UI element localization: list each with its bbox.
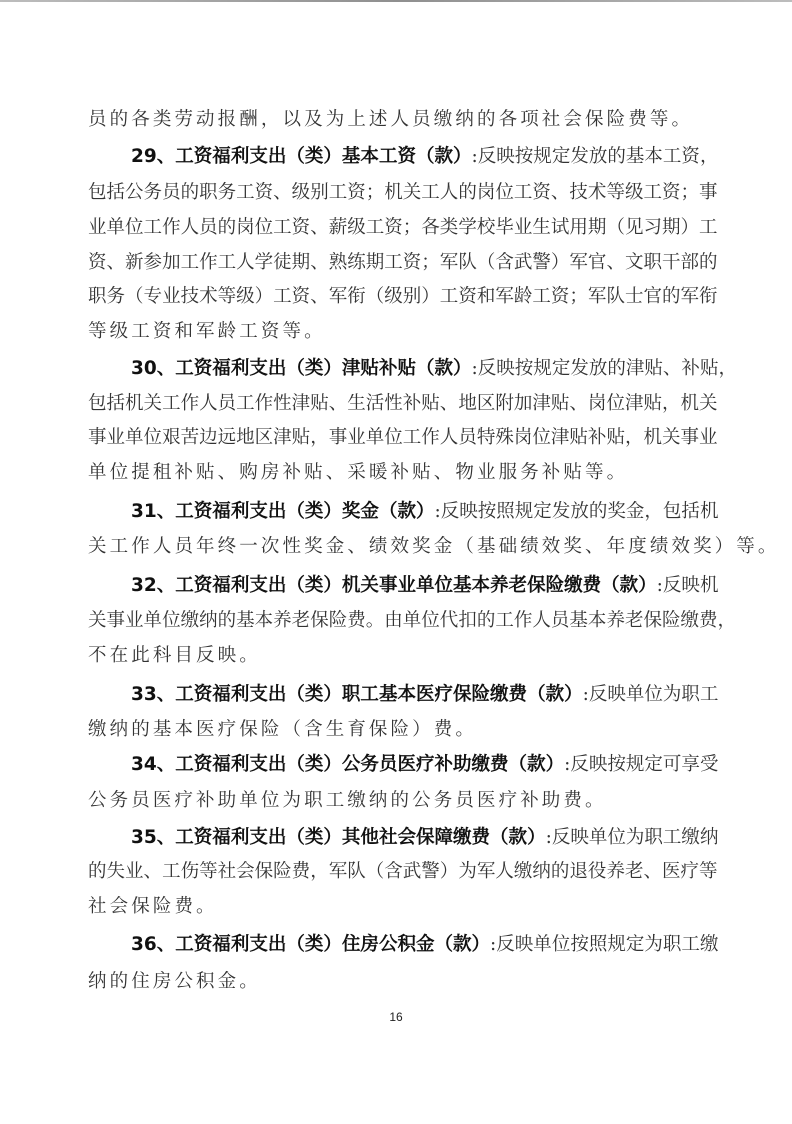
body-char: 的 [699, 251, 718, 275]
body-char: 房 [153, 970, 172, 994]
body-char: 按 [515, 357, 534, 381]
body-char: 关 [88, 535, 107, 559]
body-char: 、 [218, 461, 237, 485]
heading-char: 款 [397, 500, 416, 524]
paragraph-heading-line: 33、工资福利支出（类）职工基本医疗保险缴费（款）:反映单位为职工 [131, 683, 700, 707]
body-char: 龄 [514, 285, 533, 309]
body-char: ； [366, 181, 385, 205]
body-char: 金 [626, 500, 645, 524]
heading-char: 1 [144, 500, 157, 524]
body-char: 、 [310, 216, 329, 240]
heading-char: ） [323, 933, 342, 957]
body-char: 映 [496, 145, 515, 169]
body-char: 险 [607, 108, 626, 132]
heading-char: 类 [305, 574, 324, 598]
heading-char: 、 [157, 933, 176, 957]
body-char: 发 [570, 145, 589, 169]
body-char: 包 [88, 392, 107, 416]
body-char: 等 [199, 860, 218, 884]
heading-char: 老 [509, 574, 528, 598]
heading-char: 支 [249, 145, 268, 169]
body-char: 绩 [520, 535, 539, 559]
body-char: 采 [347, 461, 366, 485]
body-char: 职 [304, 789, 323, 813]
body-char: 放 [570, 500, 589, 524]
body-char: 目 [174, 644, 193, 668]
heading-char: 支 [249, 683, 268, 707]
body-char: 职 [663, 933, 682, 957]
heading-char: 缴 [453, 826, 472, 850]
body-char: 人 [495, 860, 514, 884]
body-char: 等 [88, 320, 107, 344]
body-char: 员 [199, 216, 218, 240]
body-char: 由 [384, 609, 403, 633]
heading-char: 奖 [342, 500, 361, 524]
heading-char: 关 [360, 574, 379, 598]
paragraph-heading-line: 30、工资福利支出（类）津贴补贴（款）:反映按规定发放的津贴、补贴， [131, 357, 700, 381]
body-char: 在 [110, 644, 129, 668]
heading-char: 资 [194, 826, 213, 850]
heading-char: 福 [212, 826, 231, 850]
body-char: 工 [699, 216, 718, 240]
body-char: 资 [532, 181, 551, 205]
body-char: 疗 [218, 718, 237, 742]
body-char: 工 [144, 216, 163, 240]
body-char: 纳 [88, 970, 107, 994]
heading-char: 类 [305, 683, 324, 707]
body-char: 熟 [329, 251, 348, 275]
body-char: ； [421, 251, 440, 275]
body-char: 学 [255, 251, 274, 275]
body-char: 保 [643, 609, 662, 633]
body-char: 为 [282, 789, 301, 813]
body-char: 补 [403, 392, 422, 416]
heading-char: 9 [144, 145, 157, 169]
body-char: 单 [626, 683, 645, 707]
body-char: （ [282, 718, 301, 742]
heading-char: 、 [157, 683, 176, 707]
heading-char: （ [286, 826, 305, 850]
heading-char: ） [323, 683, 342, 707]
body-char: 补 [174, 461, 193, 485]
heading-char: 费 [472, 826, 491, 850]
heading-char: 出 [268, 574, 287, 598]
body-char: 远 [218, 426, 237, 450]
body-char: 期 [662, 216, 681, 240]
body-char: 位 [110, 461, 129, 485]
body-char: 会 [236, 860, 255, 884]
body-char: 资 [261, 320, 280, 344]
body-char: 位 [532, 426, 551, 450]
heading-char: 、 [157, 145, 176, 169]
heading-char: 公 [342, 753, 361, 777]
heading-char: 缴 [472, 753, 491, 777]
body-char: 艰 [162, 426, 181, 450]
heading-char: 利 [231, 753, 250, 777]
heading-char: 资 [194, 753, 213, 777]
heading-char: 保 [453, 683, 472, 707]
body-char: 级 [110, 320, 129, 344]
heading-char: 支 [249, 500, 268, 524]
body-char: 警 [532, 251, 551, 275]
body-char: 资 [384, 216, 403, 240]
body-char: 缴 [681, 826, 700, 850]
body-char: 工 [366, 216, 385, 240]
body-char: 年 [607, 535, 626, 559]
body-char: 官 [643, 285, 662, 309]
heading-char: 积 [397, 933, 416, 957]
paragraph-heading-line: 35、工资福利支出（类）其他社会保障缴费（款）:反映单位为职工缴纳 [131, 826, 700, 850]
body-char: 津 [292, 392, 311, 416]
body-char: 贴 [292, 426, 311, 450]
body-char: 人 [199, 392, 218, 416]
body-char: 单 [88, 461, 107, 485]
heading-char: 工 [175, 683, 194, 707]
body-char: 定 [626, 933, 645, 957]
body-char: 缴 [347, 789, 366, 813]
body-char: 役 [588, 860, 607, 884]
body-char: 定 [552, 357, 571, 381]
body-char: 上 [347, 108, 366, 132]
body-char: 疗 [499, 789, 518, 813]
paragraph-line: 包括公务员的职务工资、级别工资；机关工人的岗位工资、技术等级工资；事 [88, 181, 700, 205]
body-char: 补 [588, 426, 607, 450]
body-char: 缴 [181, 609, 200, 633]
heading-char: 工 [175, 933, 194, 957]
body-char: 一 [239, 535, 258, 559]
body-char: 及 [304, 108, 323, 132]
body-char: 助 [542, 789, 561, 813]
body-char: 工 [421, 181, 440, 205]
heading-char: 、 [157, 574, 176, 598]
body-char: 发 [552, 500, 571, 524]
body-char: 练 [347, 251, 366, 275]
body-char: 照 [496, 500, 515, 524]
body-char: 。 [196, 895, 215, 919]
body-char: 为 [626, 826, 645, 850]
body-char: 金 [326, 535, 345, 559]
body-char: 衔 [347, 285, 366, 309]
body-char: 育 [347, 718, 366, 742]
body-char: 工 [700, 683, 719, 707]
heading-char: 资 [194, 500, 213, 524]
heading-char: 3 [131, 826, 144, 850]
paragraph-line: 社会保险费。 [88, 895, 700, 919]
body-char: 资 [551, 285, 570, 309]
body-char: 的 [477, 609, 496, 633]
body-char: 效 [542, 535, 561, 559]
body-char: 等 [699, 860, 718, 884]
paragraph-line: 公务员医疗补助单位为职工缴纳的公务员医疗补助费。 [88, 789, 700, 813]
paragraph-line: 单位提租补贴、购房补贴、采暖补贴、物业服务补贴等。 [88, 461, 700, 485]
heading-char: 资 [194, 683, 213, 707]
heading-char: 5 [144, 826, 157, 850]
body-char: 科 [153, 644, 172, 668]
body-char: 、 [310, 285, 329, 309]
body-char: 位 [162, 609, 181, 633]
body-char: 员 [88, 108, 107, 132]
body-char: 的 [391, 789, 410, 813]
heading-char: 出 [268, 683, 287, 707]
body-char: 位 [495, 181, 514, 205]
body-char: 住 [131, 970, 150, 994]
body-char: 各 [499, 108, 518, 132]
heading-char: 工 [360, 683, 379, 707]
body-char: 生 [347, 392, 366, 416]
paragraph-heading-line: 36、工资福利支出（类）住房公积金（款）:反映单位按照规定为职工缴 [131, 933, 700, 957]
body-char: 、 [107, 251, 126, 275]
body-char: 奖 [412, 535, 431, 559]
body-char: 员 [174, 535, 193, 559]
body-char: 位 [255, 216, 274, 240]
body-char: 边 [199, 426, 218, 450]
body-char: 映 [218, 644, 237, 668]
body-char: 队 [606, 285, 625, 309]
heading-char: 出 [268, 933, 287, 957]
body-char: ， [662, 392, 681, 416]
paragraph-line: 纳的住房公积金。 [88, 970, 700, 994]
body-char: 医 [153, 789, 172, 813]
body-char: 各 [131, 108, 150, 132]
body-char: 业 [477, 461, 496, 485]
body-char: 纳 [199, 609, 218, 633]
heading-char: 员 [379, 753, 398, 777]
body-char: 暖 [369, 461, 388, 485]
heading-char: 费 [490, 753, 509, 777]
heading-char: （ [286, 574, 305, 598]
body-char: 事 [681, 426, 700, 450]
heading-char: ） [453, 357, 472, 381]
heading-char: 利 [231, 933, 250, 957]
body-char: 保 [369, 718, 388, 742]
body-char: 的 [458, 181, 477, 205]
body-char: 括 [681, 500, 700, 524]
heading-char: 资 [194, 145, 213, 169]
heading-char: 机 [342, 574, 361, 598]
body-char: 反 [570, 753, 589, 777]
body-char: 不 [88, 644, 107, 668]
body-char: 务 [144, 181, 163, 205]
heading-char: ） [323, 145, 342, 169]
body-char: 规 [626, 753, 645, 777]
body-char: 的 [110, 108, 129, 132]
body-char: 机 [700, 500, 719, 524]
body-char: 别 [403, 285, 422, 309]
body-char: 事 [329, 426, 348, 450]
body-char: 的 [477, 108, 496, 132]
body-char: 员 [455, 789, 474, 813]
heading-char: 工 [175, 500, 194, 524]
body-char: 按 [570, 933, 589, 957]
body-char: 业 [125, 860, 144, 884]
paragraph-line: 不在此科目反映。 [88, 644, 700, 668]
scan-edge [0, 0, 792, 2]
body-char: ， [625, 426, 644, 450]
body-char: 险 [261, 718, 280, 742]
body-char: 关 [662, 426, 681, 450]
body-char: 试 [551, 216, 570, 240]
body-char: 职 [88, 285, 107, 309]
heading-char: 支 [249, 933, 268, 957]
heading-char: 3 [144, 683, 157, 707]
body-char: 失 [107, 860, 126, 884]
body-char: 反 [663, 574, 682, 598]
body-char: 项 [520, 108, 539, 132]
heading-char: （ [286, 357, 305, 381]
heading-char: （ [286, 933, 305, 957]
heading-char: 福 [212, 933, 231, 957]
body-char: ， [718, 609, 737, 633]
paragraph-line: 关工作人员年终一次性奖金、绩效奖金（基础绩效奖、年度绩效奖）等。 [88, 535, 700, 559]
body-char: 的 [607, 357, 626, 381]
body-char: 津 [551, 426, 570, 450]
body-char: 括 [107, 181, 126, 205]
heading-char: 、 [157, 826, 176, 850]
body-char: 酬 [239, 108, 258, 132]
body-char: 医 [477, 789, 496, 813]
body-char: 、 [663, 357, 682, 381]
body-char: 伤 [181, 860, 200, 884]
body-char: ， [310, 860, 329, 884]
body-char: 生 [532, 216, 551, 240]
body-char: 机 [700, 574, 719, 598]
body-char: 业 [347, 426, 366, 450]
heading-char: 出 [268, 826, 287, 850]
body-char: 军 [196, 320, 215, 344]
body-char: 机 [125, 392, 144, 416]
body-char: 资 [403, 251, 422, 275]
body-char: 军 [477, 860, 496, 884]
body-char: 期 [588, 216, 607, 240]
heading-char: 养 [490, 574, 509, 598]
body-char: 险 [329, 609, 348, 633]
body-char: 工 [236, 392, 255, 416]
body-char: 可 [663, 753, 682, 777]
body-char: 金 [434, 535, 453, 559]
body-char: 见 [625, 216, 644, 240]
heading-char: 住 [342, 933, 361, 957]
heading-char: 工 [175, 145, 194, 169]
body-char: 人 [153, 535, 172, 559]
heading-char: 利 [231, 574, 250, 598]
paragraph-line: 资、新参加工作工人学徒期、熟练期工资；军队（含武警）军官、文职干部的 [88, 251, 700, 275]
body-char: （ [366, 285, 385, 309]
heading-char: 疗 [416, 753, 435, 777]
heading-char: 利 [231, 357, 250, 381]
heading-char: 本 [472, 574, 491, 598]
heading-char: 津 [342, 357, 361, 381]
body-char: 员 [458, 426, 477, 450]
paragraph-line: 职务（专业技术等级）工资、军衔（级别）工资和军龄工资；军队士官的军衔 [88, 285, 700, 309]
body-char: 反 [478, 357, 497, 381]
body-char: 员 [412, 108, 431, 132]
body-char: 服 [499, 461, 518, 485]
body-char: 资 [458, 285, 477, 309]
heading-char: 会 [397, 826, 416, 850]
body-char: 资 [292, 216, 311, 240]
heading-char: 福 [212, 683, 231, 707]
body-char: 工 [532, 285, 551, 309]
body-char: 、 [347, 535, 366, 559]
body-char: 工 [440, 285, 459, 309]
body-char: 的 [218, 609, 237, 633]
body-char: 补 [520, 789, 539, 813]
body-char: 金 [218, 970, 237, 994]
body-char: 贴 [310, 392, 329, 416]
body-char: 衔 [699, 285, 718, 309]
paragraph-line: 事业单位艰苦边远地区津贴，事业单位工作人员特殊岗位津贴补贴，机关事业 [88, 426, 700, 450]
body-char: 工 [236, 181, 255, 205]
heading-char: 障 [434, 826, 453, 850]
heading-char: 支 [249, 357, 268, 381]
body-char: 人 [236, 251, 255, 275]
body-char: 险 [273, 860, 292, 884]
heading-char: 医 [397, 753, 416, 777]
body-char: 工 [643, 181, 662, 205]
body-char: 医 [662, 860, 681, 884]
body-char: 本 [255, 609, 274, 633]
body-char: 新 [125, 251, 144, 275]
heading-char: （ [509, 753, 528, 777]
body-char: 费 [434, 718, 453, 742]
body-char: 贴 [412, 461, 431, 485]
body-char: 学 [458, 216, 477, 240]
heading-char: 3 [131, 500, 144, 524]
body-char: 缴 [514, 860, 533, 884]
body-char: 退 [569, 860, 588, 884]
heading-char: 福 [212, 574, 231, 598]
body-char: 单 [107, 216, 126, 240]
body-char: 作 [199, 251, 218, 275]
heading-char: 本 [360, 145, 379, 169]
heading-char: ） [323, 500, 342, 524]
body-char: 险 [391, 718, 410, 742]
body-char: 本 [174, 718, 193, 742]
body-char: 岗 [236, 216, 255, 240]
body-char: 性 [282, 535, 301, 559]
body-char: 作 [181, 392, 200, 416]
body-char: 人 [532, 609, 551, 633]
body-char: 关 [88, 609, 107, 633]
body-char: 的 [589, 500, 608, 524]
body-char: ） [440, 860, 459, 884]
heading-char: 3 [131, 933, 144, 957]
heading-char: （ [416, 145, 435, 169]
body-char: 的 [607, 145, 626, 169]
body-char: 定 [644, 753, 663, 777]
heading-char: 支 [249, 826, 268, 850]
body-char: 业 [107, 426, 126, 450]
body-char: 人 [440, 181, 459, 205]
body-char: 映 [570, 826, 589, 850]
body-char: 等 [606, 181, 625, 205]
paragraph-line: 等级工资和军龄工资等。 [88, 320, 700, 344]
paragraph-heading-line: 29、工资福利支出（类）基本工资（款）:反映按规定发放的基本工资， [131, 145, 700, 169]
body-char: 津 [532, 392, 551, 416]
body-char: 按 [478, 500, 497, 524]
body-char: 工 [326, 789, 345, 813]
heading-char: 费 [509, 683, 528, 707]
body-char: ） [421, 285, 440, 309]
heading-char: ） [323, 357, 342, 381]
body-char: 岗 [514, 426, 533, 450]
body-char: 员 [218, 392, 237, 416]
heading-char: 3 [131, 357, 144, 381]
body-char: 位 [125, 216, 144, 240]
heading-char: 险 [546, 574, 565, 598]
body-char: 津 [273, 426, 292, 450]
body-char: 事 [107, 609, 126, 633]
